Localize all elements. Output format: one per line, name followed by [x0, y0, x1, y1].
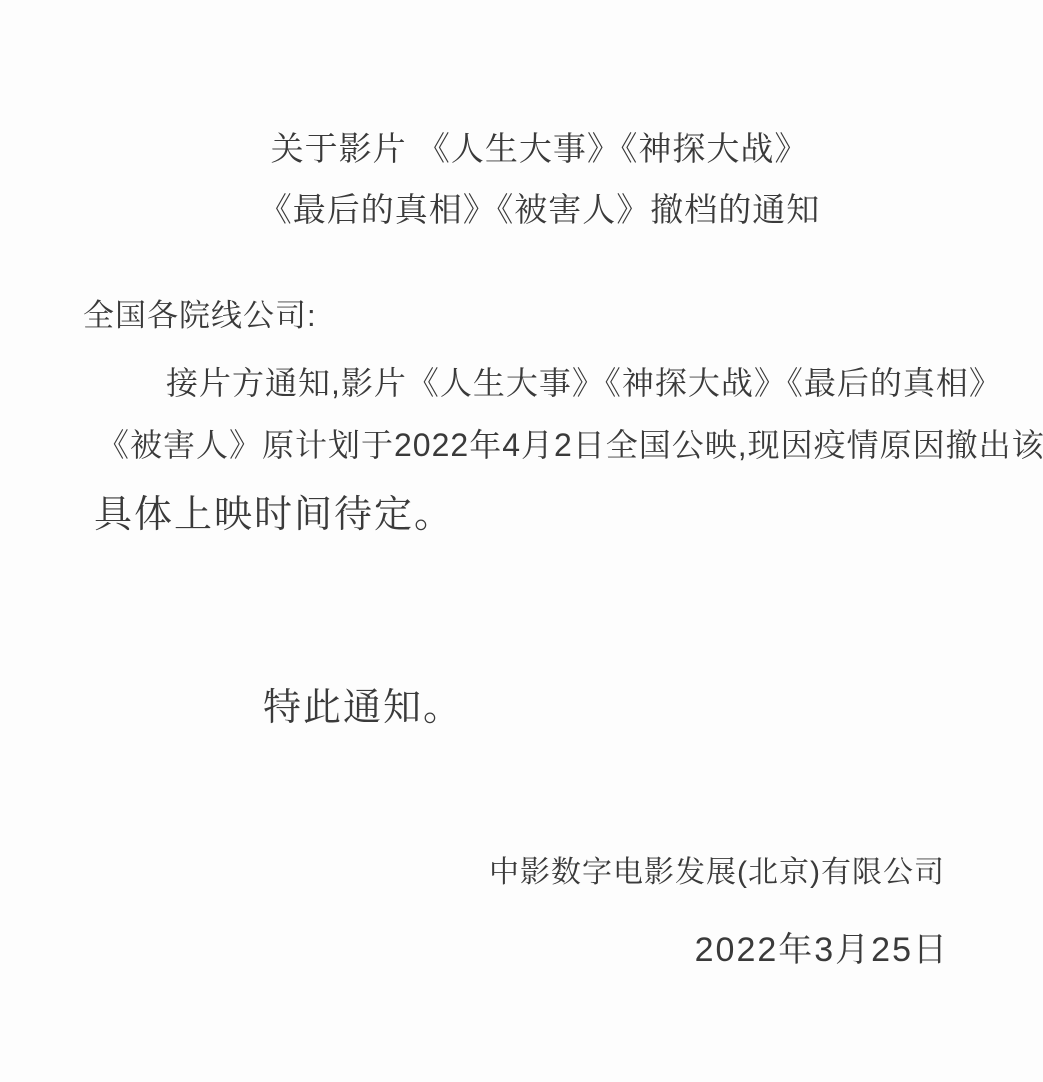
issuer-name: 中影数字电影发展(北京)有限公司	[489, 847, 945, 891]
notice-document: 关于影片 《人生大事》《神探大战》 《最后的真相》《被害人》撤档的通知 全国各院…	[0, 0, 1043, 1082]
document-title: 关于影片 《人生大事》《神探大战》 《最后的真相》《被害人》撤档的通知	[36, 118, 1043, 240]
body-line-2: 《被害人》原计划于2022年4月2日全国公映,现因疫情原因撤出该档期,	[97, 420, 1043, 466]
closing-phrase: 特此通知。	[263, 676, 463, 731]
salutation: 全国各院线公司:	[83, 290, 317, 335]
title-line-2: 《最后的真相》《被害人》撤档的通知	[36, 179, 1043, 240]
body-line-1: 接片方通知,影片《人生大事》《神探大战》《最后的真相》	[166, 358, 1002, 404]
issue-date: 2022年3月25日	[695, 922, 949, 971]
title-line-1: 关于影片 《人生大事》《神探大战》	[36, 118, 1043, 179]
body-line-3: 具体上映时间待定。	[94, 483, 454, 538]
